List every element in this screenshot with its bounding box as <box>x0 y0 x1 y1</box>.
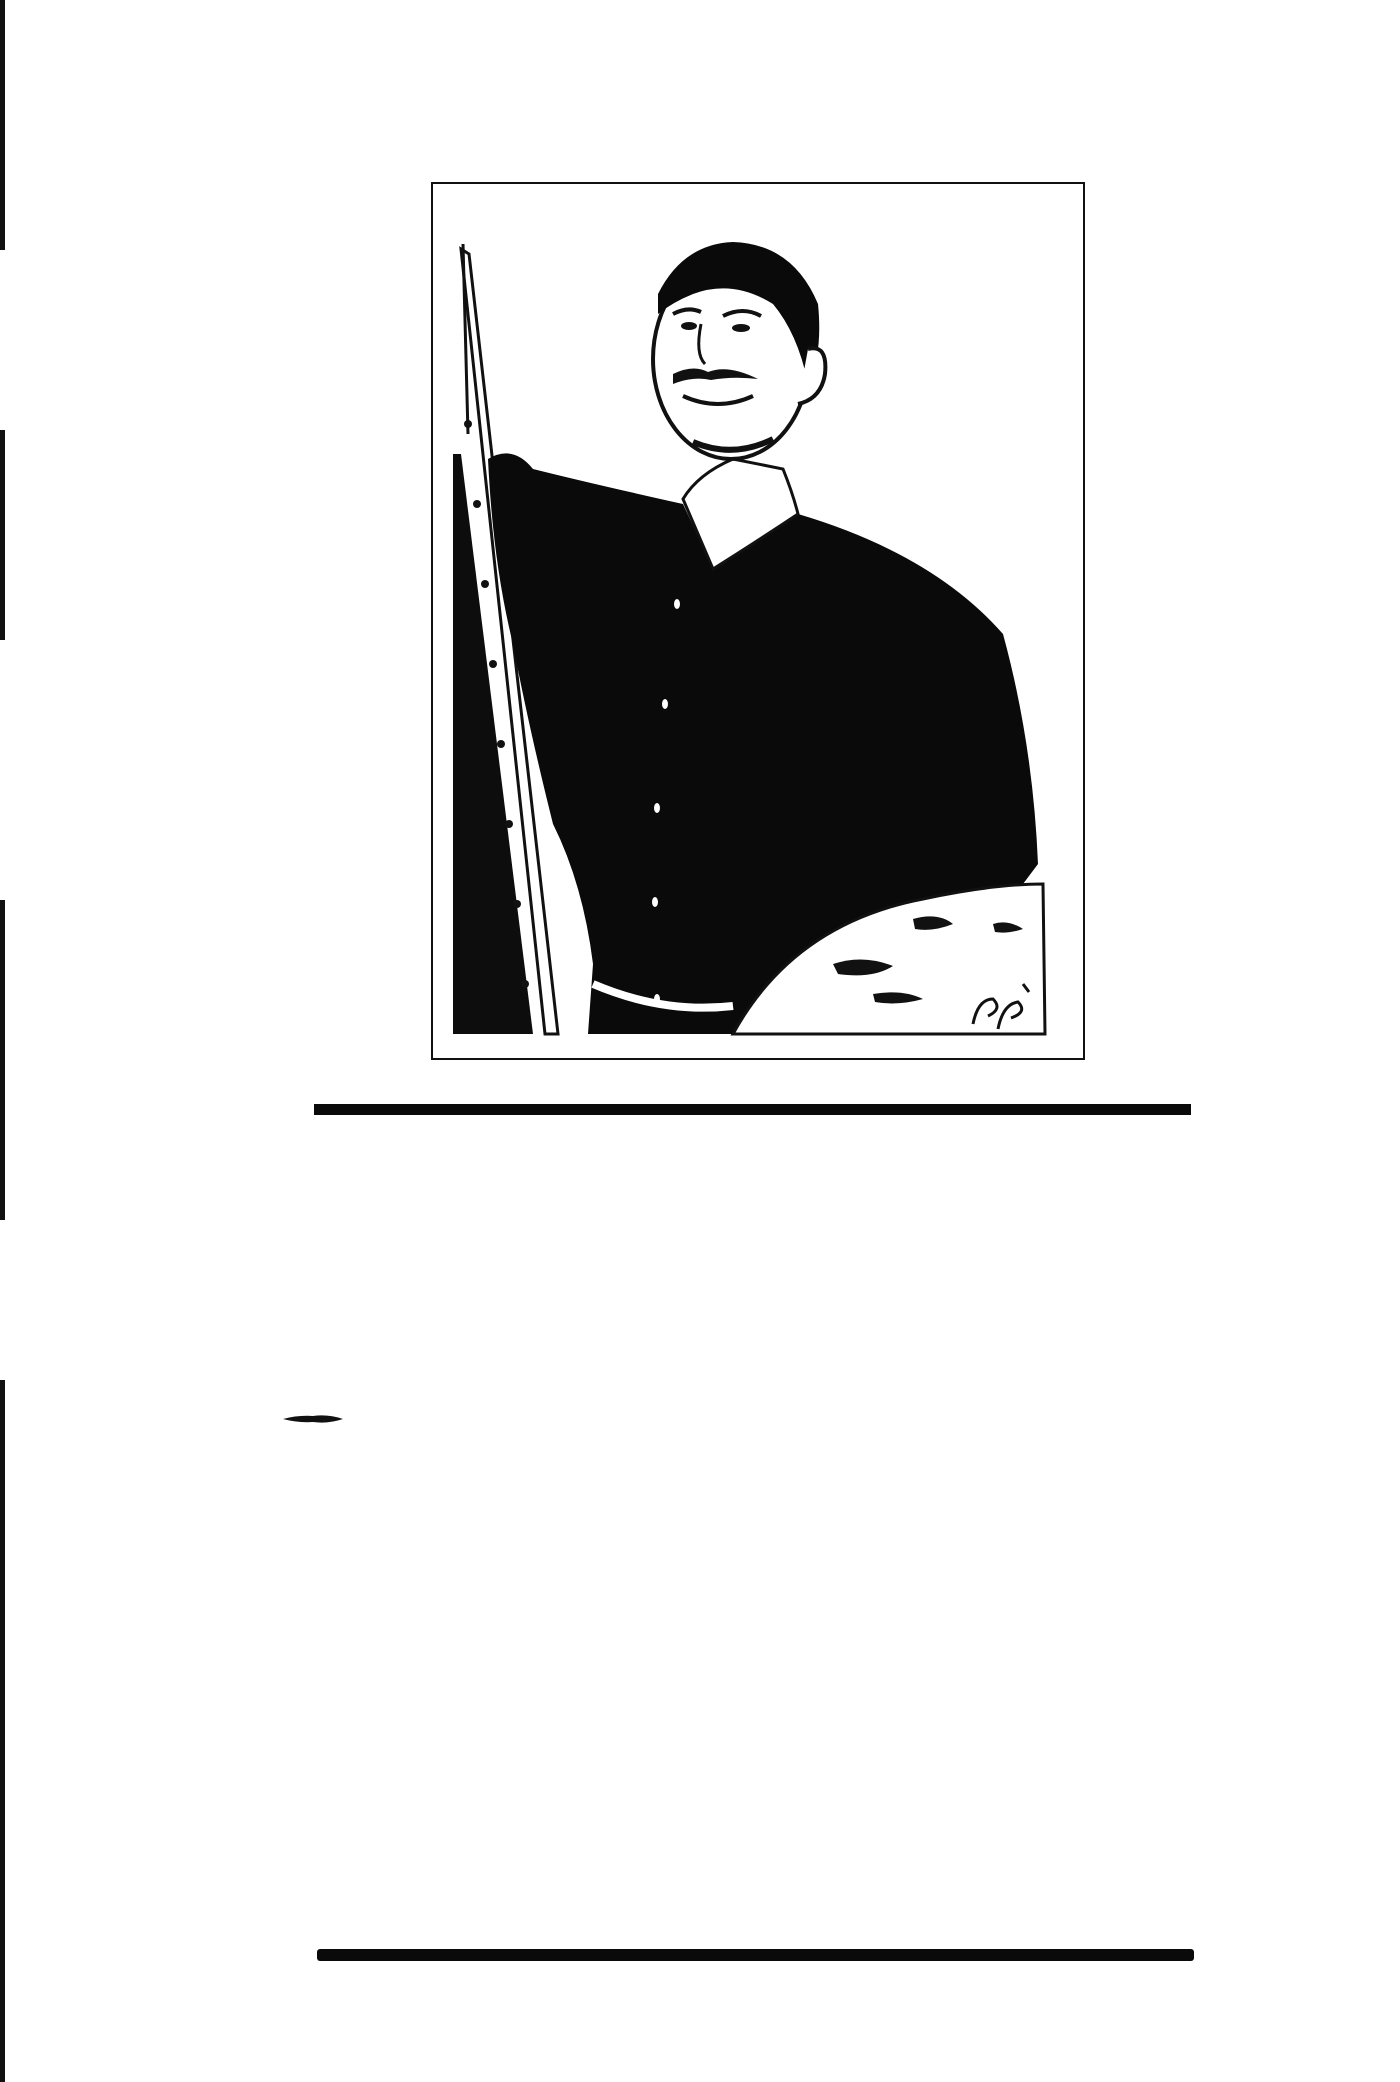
horizontal-rule-bottom <box>317 1949 1194 1961</box>
page-edge-gap <box>0 640 5 900</box>
page-edge-gap <box>0 250 5 430</box>
illustration-frame <box>431 182 1085 1060</box>
page-edge-gap <box>0 1220 5 1380</box>
ink-mark <box>283 1413 345 1425</box>
painter-illustration <box>433 184 1083 1058</box>
horizontal-rule-top <box>314 1104 1191 1115</box>
